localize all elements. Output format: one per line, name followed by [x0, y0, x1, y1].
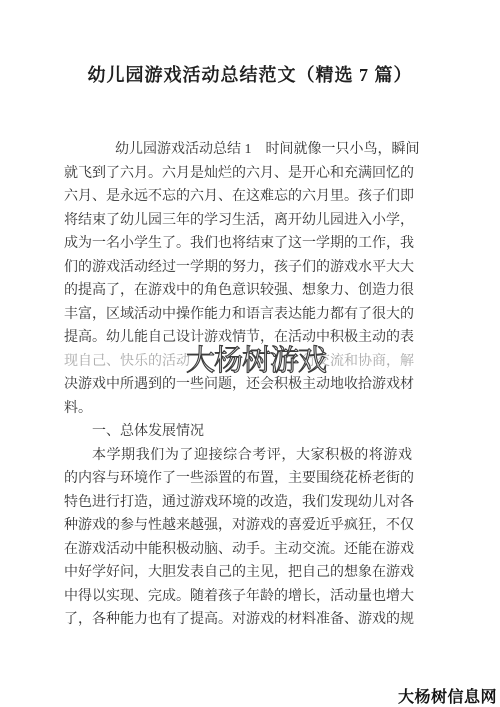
- body-line-1: 幼儿园游戏活动总结 1 时间就像一只小鸟，瞬间: [64, 138, 412, 162]
- document-body: 幼儿园游戏活动总结 1 时间就像一只小鸟，瞬间 就飞到了六月。六月是灿烂的六月、…: [64, 138, 412, 632]
- section-heading: 一、总体发展情况: [64, 420, 412, 444]
- body-line-3: 六月、是永远不忘的六月、在这难忘的六月里。孩子们即: [64, 185, 412, 209]
- body-line-12: 料。: [64, 397, 412, 421]
- body-line-4: 将结束了幼儿园三年的学习生活，离开幼儿园进入小学，: [64, 209, 412, 233]
- body-line-20: 中得以实现、完成。随着孩子年龄的增长，活动量也增大: [64, 585, 412, 609]
- body-line-17: 种游戏的参与性越来越强，对游戏的喜爱近乎疯狂，不仅: [64, 514, 412, 538]
- body-line-21: 了，各种能力也有了提高。对游戏的材料准备、游戏的规: [64, 608, 412, 632]
- site-logo: 大杨树信息网: [398, 684, 497, 707]
- document-page: 幼儿园游戏活动总结范文（精选 7 篇） 幼儿园游戏活动总结 1 时间就像一只小鸟…: [0, 0, 500, 707]
- body-line-14: 本学期我们为了迎接综合考评，大家积极的将游戏: [64, 444, 412, 468]
- body-line-2: 就飞到了六月。六月是灿烂的六月、是开心和充满回忆的: [64, 162, 412, 186]
- body-line-16: 特色进行打造，通过游戏环境的改造，我们发现幼儿对各: [64, 491, 412, 515]
- body-line-8: 丰富，区域活动中操作能力和语言表达能力都有了很大的: [64, 303, 412, 327]
- watermark-text: 大杨树游戏: [186, 344, 326, 378]
- body-line-15: 的内容与环境作了一些添置的布置，主要围绕花桥老街的: [64, 467, 412, 491]
- body-line-5: 成为一名小学生了。我们也将结束了这一学期的工作，我: [64, 232, 412, 256]
- body-line-6: 们的游戏活动经过一学期的努力，孩子们的游戏水平大大: [64, 256, 412, 280]
- document-title: 幼儿园游戏活动总结范文（精选 7 篇）: [0, 61, 500, 87]
- body-line-19: 中好学好问，大胆发表自己的主见，把自己的想象在游戏: [64, 561, 412, 585]
- body-line-18: 在游戏活动中能积极动脑、动手。主动交流。还能在游戏: [64, 538, 412, 562]
- body-line-7: 的提高了，在游戏中的角色意识较强、想象力、创造力很: [64, 279, 412, 303]
